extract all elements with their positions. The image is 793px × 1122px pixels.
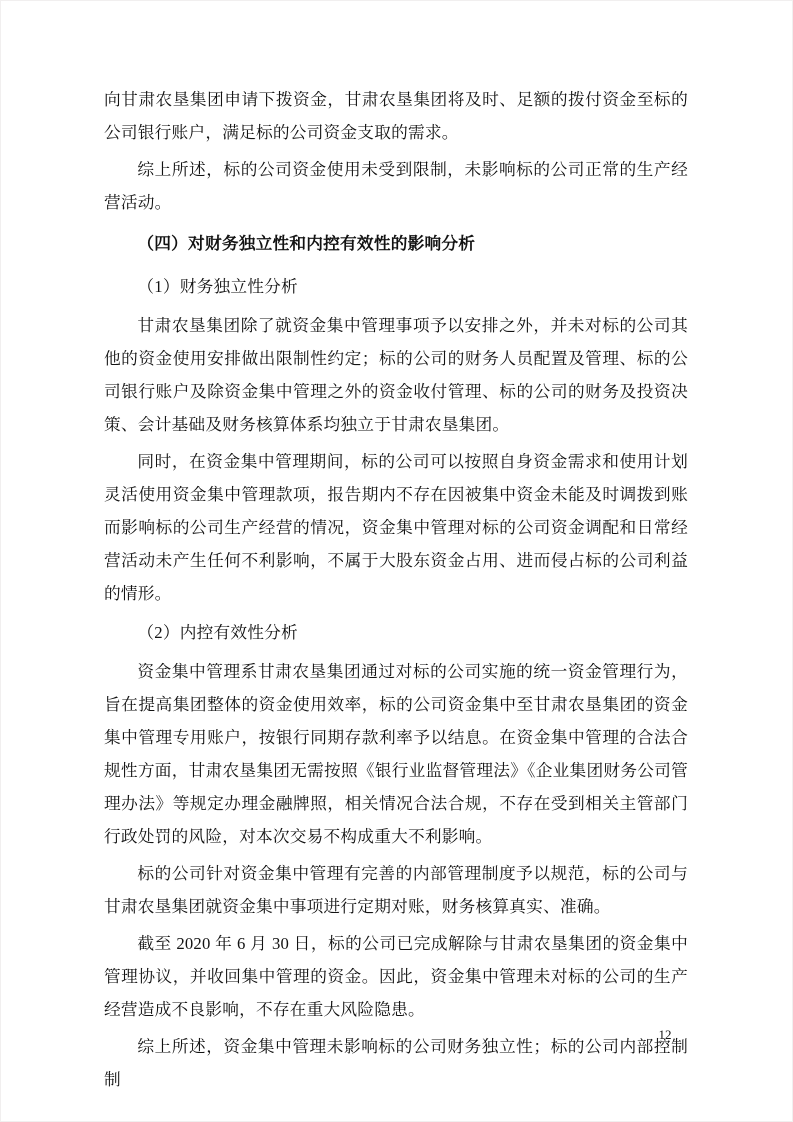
paragraph: 截至 2020 年 6 月 30 日，标的公司已完成解除与甘肃农垦集团的资金集中… <box>104 927 688 1026</box>
paragraph: 资金集中管理系甘肃农垦集团通过对标的公司实施的统一资金管理行为，旨在提高集团整体… <box>104 655 688 853</box>
paragraph: 甘肃农垦集团除了就资金集中管理事项予以安排之外，并未对标的公司其他的资金使用安排… <box>104 309 688 441</box>
paragraph: 综上所述，标的公司资金使用未受到限制，未影响标的公司正常的生产经营活动。 <box>104 153 688 219</box>
paragraph: 向甘肃农垦集团申请下拨资金，甘肃农垦集团将及时、足额的拨付资金至标的公司银行账户… <box>104 83 688 149</box>
page-number: 12 <box>649 1027 681 1043</box>
sub-heading: （2）内控有效性分析 <box>104 616 688 649</box>
section-heading: （四）对财务独立性和内控有效性的影响分析 <box>104 227 688 260</box>
sub-heading: （1）财务独立性分析 <box>104 270 688 303</box>
paragraph: 同时，在资金集中管理期间，标的公司可以按照自身资金需求和使用计划灵活使用资金集中… <box>104 445 688 610</box>
document-page: 向甘肃农垦集团申请下拨资金，甘肃农垦集团将及时、足额的拨付资金至标的公司银行账户… <box>0 0 793 1122</box>
paragraph: 综上所述，资金集中管理未影响标的公司财务独立性；标的公司内部控制制 <box>104 1030 688 1096</box>
paragraph: 标的公司针对资金集中管理有完善的内部管理制度予以规范，标的公司与甘肃农垦集团就资… <box>104 857 688 923</box>
document-body: 向甘肃农垦集团申请下拨资金，甘肃农垦集团将及时、足额的拨付资金至标的公司银行账户… <box>104 83 688 1096</box>
